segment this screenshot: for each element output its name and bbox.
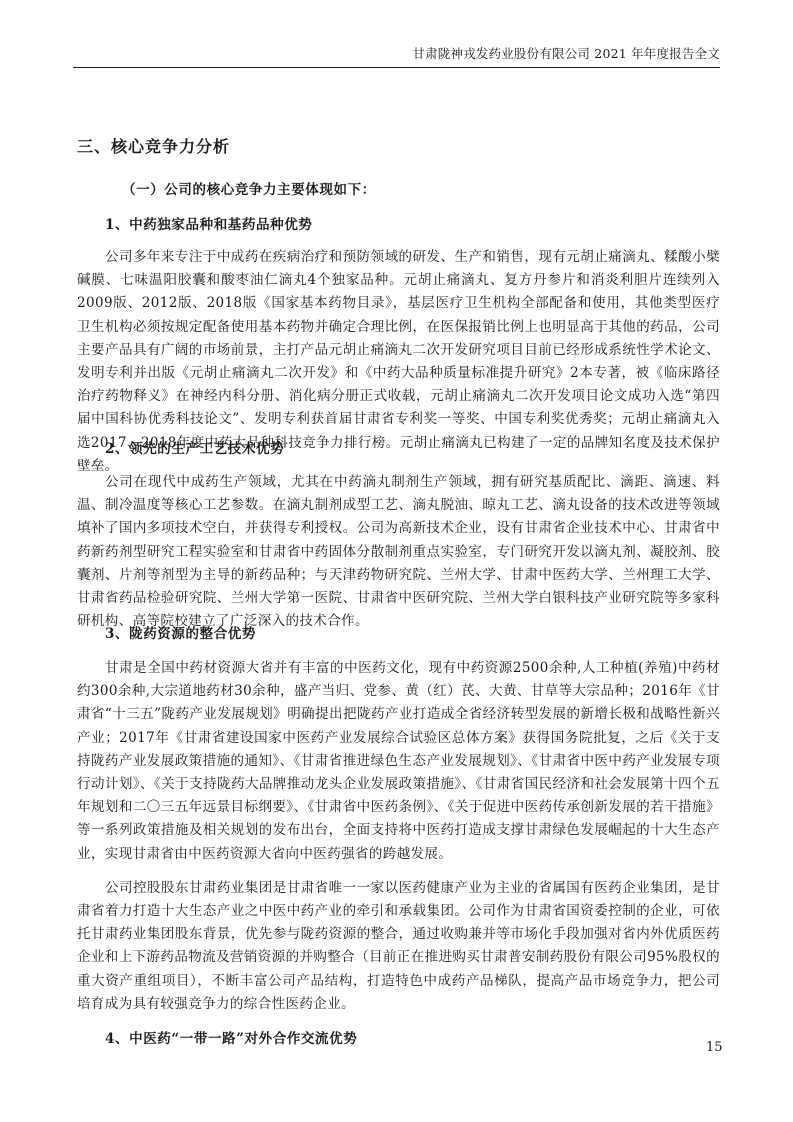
item-title: 3、陇药资源的整合优势 [77,624,720,644]
paragraph: 公司控股股东甘肃药业集团是甘肃省唯一一家以医药健康产业为主业的省属国有医药企业集… [77,877,720,1016]
paragraph: 公司在现代中成药生产领域，尤其在中药滴丸制剂生产领域，拥有研究基质配比、滴距、滴… [77,471,720,633]
item-title: 2、领先的生产工艺技术优势 [77,439,720,459]
item-title: 4、中医药“一带一路”对外合作交流优势 [77,1029,720,1049]
page-header: 甘肃陇神戎发药业股份有限公司 2021 年年度报告全文 [73,44,720,68]
item-2: 2、领先的生产工艺技术优势 公司在现代中成药生产领域，尤其在中药滴丸制剂生产领域… [77,439,720,633]
page-number: 15 [706,1040,723,1056]
section-subheading: （一）公司的核心竞争力主要体现如下： [77,180,376,200]
paragraph: 甘肃是全国中药材资源大省并有丰富的中医药文化，现有中药资源2500余种,人工种植… [77,657,720,866]
item-3: 3、陇药资源的整合优势 甘肃是全国中药材资源大省并有丰富的中医药文化，现有中药资… [77,624,720,1016]
item-title: 1、中药独家品种和基药品种优势 [77,215,720,235]
header-title: 甘肃陇神戎发药业股份有限公司 2021 年年度报告全文 [412,46,720,61]
section-heading: 三、核心竞争力分析 [77,136,720,158]
item-4: 4、中医药“一带一路”对外合作交流优势 [77,1029,720,1049]
document-body: 三、核心竞争力分析 （一）公司的核心竞争力主要体现如下： 1、中药独家品种和基药… [77,136,720,158]
